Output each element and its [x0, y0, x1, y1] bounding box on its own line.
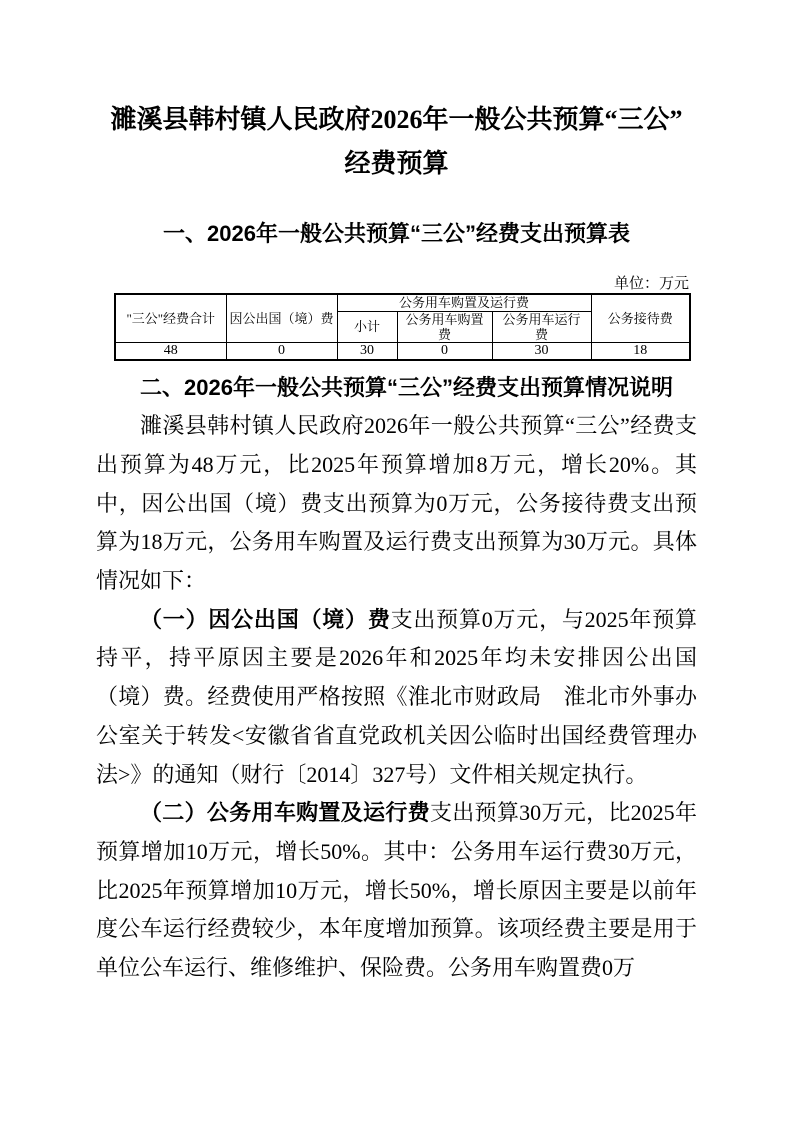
- paragraph-text: 支出预算30万元，比2025年预算增加10万元，增长50%。其中：公务用车运行费…: [96, 800, 697, 980]
- paragraph-lead: （一）因公出国（境）费: [140, 607, 391, 632]
- paragraph-abroad-expense: （一）因公出国（境）费支出预算0万元，与2025年预算持平，持平原因主要是202…: [96, 601, 697, 795]
- value-vehicle-operation: 30: [492, 342, 591, 360]
- title-line-1: 濉溪县韩村镇人民政府2026年一般公共预算“三公”: [96, 98, 697, 142]
- header-reception: 公务接待费: [591, 294, 690, 342]
- unit-note: 单位：万元: [96, 275, 697, 293]
- header-vehicle-operation: 公务用车运行 费: [492, 311, 591, 342]
- table-value-row: 48 0 30 0 30 18: [115, 342, 690, 360]
- header-total: "三公"经费合计: [115, 294, 226, 342]
- header-vehicle-purchase: 公务用车购置 费: [397, 311, 492, 342]
- paragraph-text: 支出预算0万元，与2025年预算持平，持平原因主要是2026年和2025年均未安…: [96, 607, 697, 787]
- value-total: 48: [115, 342, 226, 360]
- value-vehicle-purchase: 0: [397, 342, 492, 360]
- value-abroad: 0: [226, 342, 337, 360]
- paragraph-vehicle-expense: （二）公务用车购置及运行费支出预算30万元，比2025年预算增加10万元，增长5…: [96, 794, 697, 988]
- document-title: 濉溪县韩村镇人民政府2026年一般公共预算“三公” 经费预算: [96, 98, 697, 186]
- header-vehicle-group: 公务用车购置及运行费: [337, 294, 591, 311]
- header-vehicle-subtotal: 小计: [337, 311, 397, 342]
- section-2-heading: 二、2026年一般公共预算“三公”经费支出预算情况说明: [96, 369, 697, 408]
- budget-table: "三公"经费合计 因公出国（境）费 公务用车购置及运行费 公务接待费 小计 公务…: [114, 293, 691, 361]
- header-abroad: 因公出国（境）费: [226, 294, 337, 342]
- paragraph-text: 濉溪县韩村镇人民政府2026年一般公共预算“三公”经费支出预算为48万元，比20…: [96, 413, 697, 593]
- document-page: 濉溪县韩村镇人民政府2026年一般公共预算“三公” 经费预算 一、2026年一般…: [0, 0, 793, 1122]
- paragraph-lead: （二）公务用车购置及运行费: [140, 800, 430, 825]
- table-header-row-1: "三公"经费合计 因公出国（境）费 公务用车购置及运行费 公务接待费: [115, 294, 690, 311]
- value-reception: 18: [591, 342, 690, 360]
- document-content: 濉溪县韩村镇人民政府2026年一般公共预算“三公” 经费预算 一、2026年一般…: [0, 98, 793, 988]
- paragraph-overview: 濉溪县韩村镇人民政府2026年一般公共预算“三公”经费支出预算为48万元，比20…: [96, 407, 697, 601]
- section-1-heading: 一、2026年一般公共预算“三公”经费支出预算表: [96, 218, 697, 249]
- value-vehicle-subtotal: 30: [337, 342, 397, 360]
- title-line-2: 经费预算: [96, 142, 697, 186]
